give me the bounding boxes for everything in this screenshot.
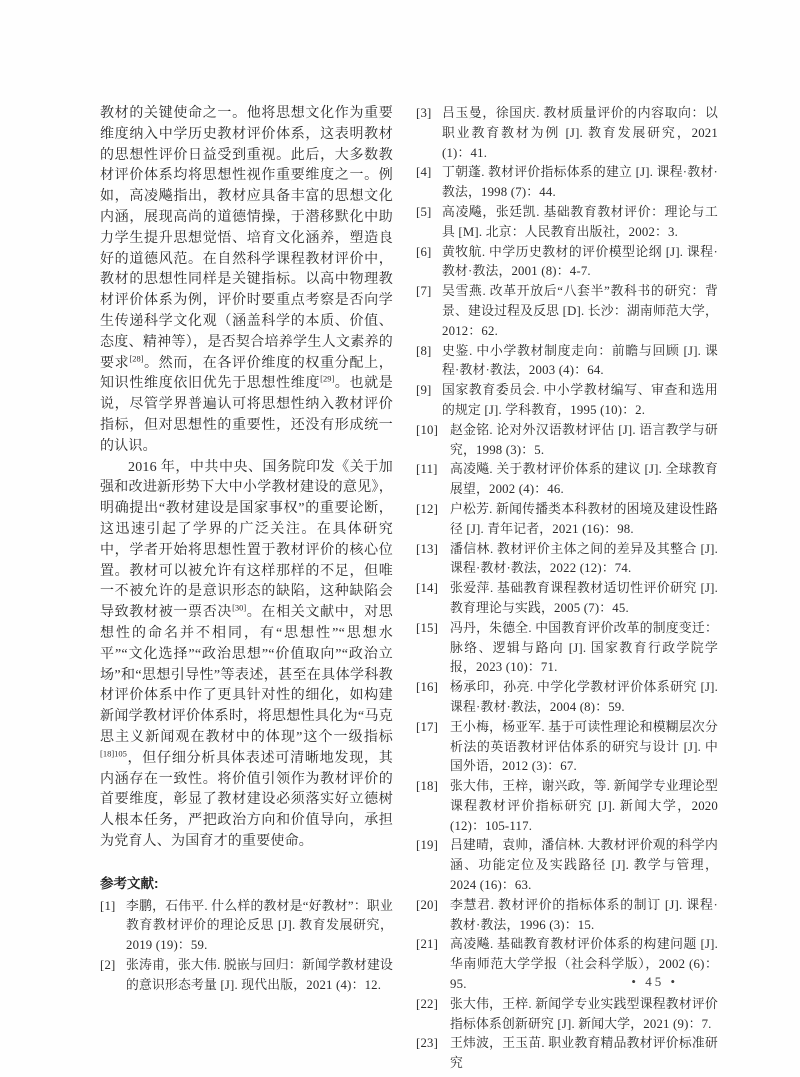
body-paragraph-1: 教材的关键使命之一。他将思想文化作为重要维度纳入中学历史教材评价体系，这表明教材…: [100, 104, 393, 458]
reference-item: [6]黄牧航. 中学历史教材的评价模型论纲 [J]. 课程·教材·教法，2001…: [416, 243, 718, 283]
reference-number: [3]: [416, 104, 432, 124]
citation-superscript: [18]105: [100, 748, 127, 758]
reference-text: 张爱萍. 基础教育课程教材适切性评价研究 [J]. 教育理论与实践，2005 (…: [450, 581, 718, 615]
reference-number: [5]: [416, 203, 432, 223]
reference-item: [20]李慧君. 教材评价的指标体系的制订 [J]. 课程·教材·教法，1996…: [416, 896, 718, 936]
reference-text: 冯丹，朱德全. 中国教育评价改革的制度变迁：脉络、逻辑与路向 [J]. 国家教育…: [450, 621, 718, 675]
reference-text: 高凌飚，张廷凯. 基础教育教材评价：理论与工具 [M]. 北京：人民教育出版社，…: [442, 205, 718, 239]
reference-item: [14]张爱萍. 基础教育课程教材适切性评价研究 [J]. 教育理论与实践，20…: [416, 579, 718, 619]
reference-item: [3]吕玉曼，徐国庆. 教材质量评价的内容取向：以职业教育教材为例 [J]. 教…: [416, 104, 718, 163]
reference-item: [19]吕建晴，袁帅，潘信林. 大教材评价观的科学内涵、功能定位及实践路径 [J…: [416, 836, 718, 895]
reference-text: 张大伟，王梓. 新闻学专业实践型课程教材评价指标体系创新研究 [J]. 新闻大学…: [450, 997, 718, 1031]
reference-number: [8]: [416, 342, 432, 362]
reference-item: [8]史鉴. 中小学教材制度走向：前瞻与回顾 [J]. 课程·教材·教法，200…: [416, 342, 718, 382]
references-heading: 参考文献:: [100, 874, 393, 894]
reference-number: [22]: [416, 995, 438, 1015]
citation-superscript: [30]: [232, 602, 246, 612]
reference-text: 潘信林. 教材评价主体之间的差异及其整合 [J]. 课程·教材·教法，2022 …: [450, 542, 718, 576]
reference-text: 吴雪燕. 改革开放后“八套半”教科书的研究：背景、建设过程及反思 [D]. 长沙…: [442, 284, 718, 338]
left-column: 教材的关键使命之一。他将思想文化作为重要维度纳入中学历史教材评价体系，这表明教材…: [100, 104, 393, 996]
reference-number: [13]: [416, 540, 438, 560]
reference-text: 黄牧航. 中学历史教材的评价模型论纲 [J]. 课程·教材·教法，2001 (8…: [442, 245, 718, 279]
reference-item: [12]户松芳. 新闻传播类本科教材的困境及建设性路径 [J]. 青年记者，20…: [416, 500, 718, 540]
right-column: [3]吕玉曼，徐国庆. 教材质量评价的内容取向：以职业教育教材为例 [J]. 教…: [416, 104, 718, 1074]
reference-text: 李鹏，石伟平. 什么样的教材是“好教材”：职业教育教材评价的理论反思 [J]. …: [126, 899, 393, 953]
reference-item: [17]王小梅，杨亚军. 基于可读性理论和模糊层次分析法的英语教材评估体系的研究…: [416, 718, 718, 777]
reference-number: [19]: [416, 836, 438, 856]
reference-item: [13]潘信林. 教材评价主体之间的差异及其整合 [J]. 课程·教材·教法，2…: [416, 540, 718, 580]
reference-number: [7]: [416, 282, 432, 302]
reference-item: [23]王炜波，王玉苗. 职业教育精品教材评价标准研究: [416, 1034, 718, 1074]
reference-text: 李慧君. 教材评价的指标体系的制订 [J]. 课程·教材·教法，1996 (3)…: [450, 898, 718, 932]
reference-number: [21]: [416, 935, 438, 955]
reference-text: 丁朝蓬. 教材评价指标体系的建立 [J]. 课程·教材·教法，1998 (7)：…: [442, 165, 718, 199]
reference-number: [4]: [416, 163, 432, 183]
body-paragraph-2: 2016 年，中共中央、国务院印发《关于加强和改进新形势下大中小学教材建设的意见…: [100, 458, 393, 853]
reference-number: [1]: [100, 897, 116, 917]
reference-text: 史鉴. 中小学教材制度走向：前瞻与回顾 [J]. 课程·教材·教法，2003 (…: [442, 344, 718, 378]
reference-item: [5]高凌飚，张廷凯. 基础教育教材评价：理论与工具 [M]. 北京：人民教育出…: [416, 203, 718, 243]
reference-text: 张大伟，王梓，谢兴政，等. 新闻学专业理论型课程教材评价指标研究 [J]. 新闻…: [450, 779, 718, 833]
journal-page: 教材的关键使命之一。他将思想文化作为重要维度纳入中学历史教材评价体系，这表明教材…: [0, 0, 800, 1077]
reference-item: [18]张大伟，王梓，谢兴政，等. 新闻学专业理论型课程教材评价指标研究 [J]…: [416, 777, 718, 836]
reference-text: 赵金铭. 论对外汉语教材评估 [J]. 语言教学与研究，1998 (3)：5.: [450, 423, 718, 457]
reference-number: [2]: [100, 956, 116, 976]
reference-number: [20]: [416, 896, 438, 916]
reference-item: [2]张涛甫，张大伟. 脱嵌与回归：新闻学教材建设的意识形态考量 [J]. 现代…: [100, 956, 393, 996]
reference-text: 国家教育委员会. 中小学教材编写、审查和选用的规定 [J]. 学科教育，1995…: [442, 383, 718, 417]
reference-item: [7]吴雪燕. 改革开放后“八套半”教科书的研究：背景、建设过程及反思 [D].…: [416, 282, 718, 341]
reference-text: 吕玉曼，徐国庆. 教材质量评价的内容取向：以职业教育教材为例 [J]. 教育发展…: [442, 106, 718, 160]
reference-number: [15]: [416, 619, 438, 639]
reference-number: [23]: [416, 1034, 438, 1054]
reference-text: 张涛甫，张大伟. 脱嵌与回归：新闻学教材建设的意识形态考量 [J]. 现代出版，…: [126, 958, 393, 992]
reference-text: 王小梅，杨亚军. 基于可读性理论和模糊层次分析法的英语教材评估体系的研究与设计 …: [450, 720, 718, 774]
reference-item: [11]高凌飚. 关于教材评价体系的建议 [J]. 全球教育展望，2002 (4…: [416, 460, 718, 500]
citation-superscript: [29]: [320, 374, 334, 384]
reference-item: [16]杨承印，孙亮. 中学化学教材评价体系研究 [J]. 课程·教材·教法，2…: [416, 678, 718, 718]
reference-item: [1]李鹏，石伟平. 什么样的教材是“好教材”：职业教育教材评价的理论反思 [J…: [100, 897, 393, 956]
reference-number: [11]: [416, 460, 438, 480]
reference-number: [16]: [416, 678, 438, 698]
reference-text: 吕建晴，袁帅，潘信林. 大教材评价观的科学内涵、功能定位及实践路径 [J]. 教…: [450, 838, 718, 892]
reference-text: 王炜波，王玉苗. 职业教育精品教材评价标准研究: [450, 1036, 718, 1070]
reference-number: [14]: [416, 579, 438, 599]
reference-text: 高凌飚. 关于教材评价体系的建议 [J]. 全球教育展望，2002 (4)：46…: [450, 462, 718, 496]
reference-text: 户松芳. 新闻传播类本科教材的困境及建设性路径 [J]. 青年记者，2021 (…: [450, 502, 718, 536]
reference-number: [9]: [416, 381, 432, 401]
reference-item: [9]国家教育委员会. 中小学教材编写、审查和选用的规定 [J]. 学科教育，1…: [416, 381, 718, 421]
reference-list-left: [1]李鹏，石伟平. 什么样的教材是“好教材”：职业教育教材评价的理论反思 [J…: [100, 897, 393, 996]
reference-item: [22]张大伟，王梓. 新闻学专业实践型课程教材评价指标体系创新研究 [J]. …: [416, 995, 718, 1035]
reference-item: [10]赵金铭. 论对外汉语教材评估 [J]. 语言教学与研究，1998 (3)…: [416, 421, 718, 461]
reference-text: 杨承印，孙亮. 中学化学教材评价体系研究 [J]. 课程·教材·教法，2004 …: [450, 680, 718, 714]
page-number: • 45 •: [416, 974, 718, 990]
reference-number: [6]: [416, 243, 432, 263]
reference-number: [18]: [416, 777, 438, 797]
reference-item: [15]冯丹，朱德全. 中国教育评价改革的制度变迁：脉络、逻辑与路向 [J]. …: [416, 619, 718, 678]
reference-item: [4]丁朝蓬. 教材评价指标体系的建立 [J]. 课程·教材·教法，1998 (…: [416, 163, 718, 203]
reference-number: [12]: [416, 500, 438, 520]
reference-list-right: [3]吕玉曼，徐国庆. 教材质量评价的内容取向：以职业教育教材为例 [J]. 教…: [416, 104, 718, 1074]
citation-superscript: [28]: [129, 353, 143, 363]
reference-number: [10]: [416, 421, 438, 441]
reference-number: [17]: [416, 718, 438, 738]
